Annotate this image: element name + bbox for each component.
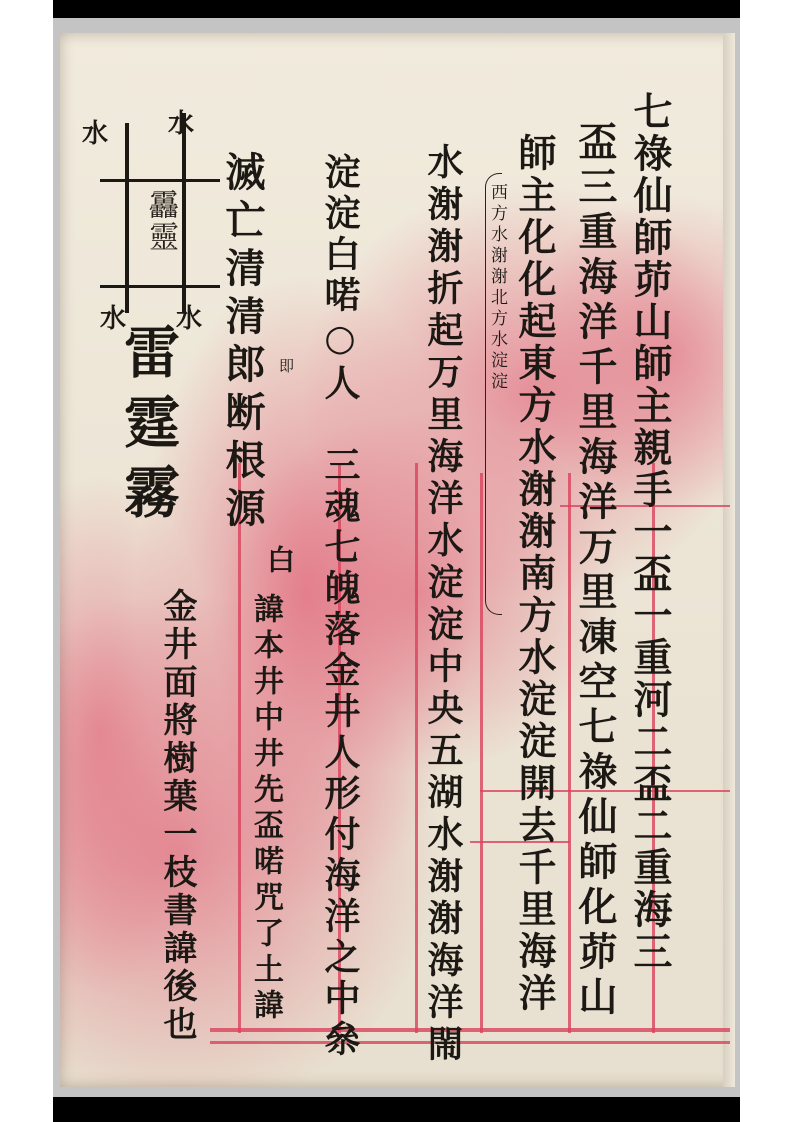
text-column-5: 淀淀白喏○人 三魂七魄落金井人形付海洋之中㕘 (322, 153, 358, 1061)
annotation-column: 西方水㴬㴬北方水淀淀 (488, 183, 505, 393)
text-column-8-small: 金井面將樹葉一枝書諱後也 (160, 588, 194, 1044)
talisman-corner-char: 水 (82, 113, 108, 150)
talisman-stroke (100, 285, 220, 288)
talisman-center-text: 靐靈 (138, 189, 182, 253)
text-column-6-small: 諱本井中井先盃喏咒了土諱 (250, 593, 280, 1025)
talisman-corner-char: 水 (168, 103, 194, 140)
text-column-1: 七祿仙師茆山師主親手一盃一重河二盃二重海三 (630, 91, 669, 973)
ruled-line (480, 473, 483, 1033)
manuscript-page: 七祿仙師茆山師主親手一盃一重河二盃二重海三 盃三重海洋千里海洋万里凍空七祿仙師化… (60, 33, 735, 1087)
talisman-stroke (182, 113, 186, 313)
ruled-line (238, 463, 241, 1033)
text-column-7: 雷霆霧 (120, 323, 176, 533)
text-column-3: 師主化化起東方水㴬㴬南方水淀淀開去千里海洋 (515, 133, 553, 1015)
talisman-glyph: 水 水 水 水 靐靈 (90, 103, 240, 333)
text-insert-mark: 即 (278, 358, 293, 378)
bottom-black-bar (53, 1097, 740, 1122)
talisman-corner-char: 水 (100, 298, 126, 335)
ruled-line (210, 1041, 730, 1044)
ruled-line (210, 1028, 730, 1032)
top-black-bar (53, 0, 740, 18)
viewer-frame: 七祿仙師茆山師主親手一盃一重河二盃二重海三 盃三重海洋千里海洋万里凍空七祿仙師化… (53, 0, 740, 1122)
ruled-line (415, 463, 418, 1033)
page-edge (723, 33, 735, 1087)
text-column-2: 盃三重海洋千里海洋万里凍空七祿仙師化茆山 (575, 121, 614, 1021)
text-column-6-end: 白 (265, 545, 293, 578)
text-column-4: 水㴬㴬折起万里海洋水淀淀中央五湖水㴬㴬海洋閙 (425, 143, 461, 1067)
talisman-corner-char: 水 (176, 298, 202, 335)
talisman-stroke (100, 179, 220, 182)
ruled-line (568, 473, 571, 1033)
